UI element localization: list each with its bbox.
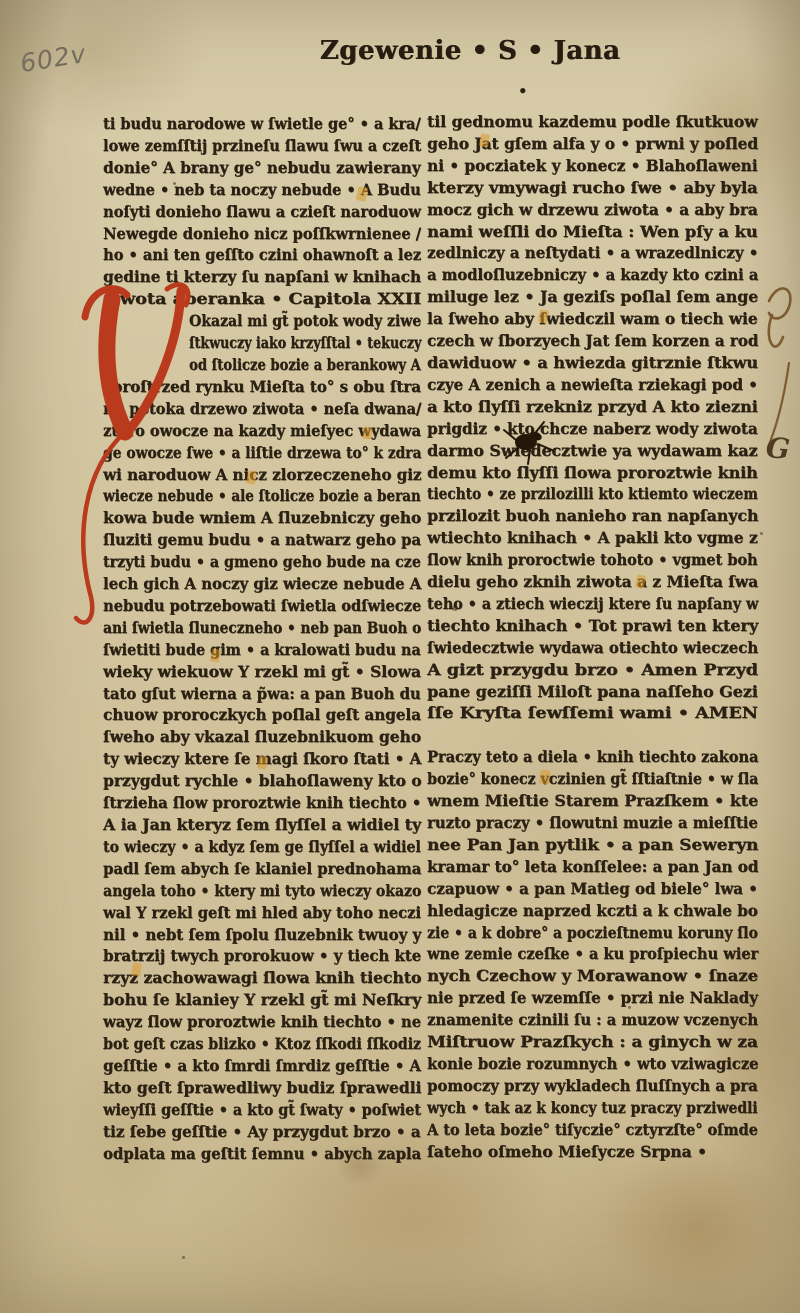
text-line: teho • a ztiech wieczij ktere ſu napſany… bbox=[427, 594, 758, 616]
text-line: ty wieczy ktere ſe magi ſkoro ſtati • A bbox=[103, 749, 421, 771]
text-line: przilozit buoh nanieho ran napſanych bbox=[427, 506, 758, 528]
text-line: kto geſt ſprawedliwy budiz ſprawedli bbox=[103, 1078, 421, 1100]
text-line: A to leta bozie° tiſyczie° cztyrzſte° oſ… bbox=[427, 1120, 758, 1142]
text-line: wych • tak az k koncy tuz praczy prziwed… bbox=[427, 1098, 758, 1120]
text-line: A ia Jan kteryz ſem ſlyſſel a widiel ty bbox=[103, 815, 421, 837]
text-line: geſſtie • a kto ſmrdi ſmrdiz geſſtie • A bbox=[103, 1056, 421, 1078]
text-line: A gizt przygdu brzo • Amen Przyd bbox=[427, 660, 758, 682]
text-line: donie° A brany ge° nebudu zawierany bbox=[103, 158, 421, 180]
text-line: rzyz zachowawagi ſlowa knih tiechto bbox=[103, 968, 421, 990]
text-line: chuow proroczkych poſlal geſt angela bbox=[103, 705, 421, 727]
text-line: tato gſut wierna a p̃wa: a pan Buoh du bbox=[103, 684, 421, 706]
text-line: darmo Swiedecztwie ya wydawam kaz bbox=[427, 441, 758, 463]
text-line: nee Pan Jan pytlik • a pan Seweryn bbox=[427, 835, 758, 857]
text-line: wne zemie czeſke • a ku proſpiechu wier bbox=[427, 944, 758, 966]
text-line: wayz ſlow proroztwie knih tiechto • ne bbox=[103, 1012, 421, 1034]
text-line: miluge lez • Ja geziſs poſlal ſem ange bbox=[427, 287, 758, 309]
text-line: demu kto ſlyſſi ſlowa proroztwie knih bbox=[427, 463, 758, 485]
text-line: tiz ſebe geſſtie • Ay przygdut brzo • a bbox=[103, 1122, 421, 1144]
manuscript-page: 602v Zgewenie • S • Jana • ti budu narod… bbox=[0, 0, 800, 1313]
text-line: nil • nebt ſem ſpolu ſluzebnik twuoy y bbox=[103, 925, 421, 947]
text-line: la ſweho aby ſwiedczil wam o tiech wie bbox=[427, 309, 758, 331]
text-line: ſateho oſmeho Mieſycze Srpna • bbox=[427, 1142, 758, 1164]
text-line: lowe zemſſtij przineſu ſlawu ſwu a czeſt bbox=[103, 136, 421, 158]
ink-blot bbox=[500, 420, 558, 470]
text-line: ruzto praczy • ſlowutni muzie a mieſſtie bbox=[427, 813, 758, 835]
text-line: prigdiz • kto chcze naberz wody ziwota bbox=[427, 419, 758, 441]
text-line: czapuow • a pan Matieg od biele° lwa • bbox=[427, 879, 758, 901]
text-line: ſlow knih proroctwie tohoto • vgmet boh bbox=[427, 550, 758, 572]
text-line: dielu geho zknih ziwota a z Mieſta ſwa bbox=[427, 572, 758, 594]
text-line: tiechto knihach • Tot prawi ten ktery bbox=[427, 616, 758, 638]
text-line: czye A zenich a newieſta rziekagi pod • bbox=[427, 375, 758, 397]
text-line: odplata ma geſtit ſemnu • abych zapla bbox=[103, 1144, 421, 1166]
text-line: nami weſſli do Mieſta : Wen pſy a ku bbox=[427, 222, 758, 244]
text-line: noſyti donieho ſlawu a czieſt naroduow bbox=[103, 202, 421, 224]
running-title: Zgewenie • S • Jana bbox=[290, 36, 650, 66]
text-line: wedne • neb ta noczy nebude • A Budu bbox=[103, 180, 421, 202]
text-line: ſweho aby vkazal ſluzebnikuom geho bbox=[103, 727, 421, 749]
ink-speck bbox=[760, 532, 763, 535]
text-line: czech w ſborzyech Jat ſem korzen a rod bbox=[427, 331, 758, 353]
text-line: wieky wiekuow Y rzekl mi gt̃ • Slowa bbox=[103, 662, 421, 684]
text-line: pomoczy przy wykladech ſluſſnych a pra bbox=[427, 1076, 758, 1098]
text-line: a kto ſlyſſi rzekniz przyd A kto ziezni bbox=[427, 397, 758, 419]
text-line: ſwiedecztwie wydawa otiechto wieczech bbox=[427, 638, 758, 660]
text-line: ſtrzieha ſlow proroztwie knih tiechto • bbox=[103, 793, 421, 815]
folio-number: 602v bbox=[18, 39, 88, 78]
text-line: zie • a k dobre° a poczieſtnemu koruny ſ… bbox=[427, 923, 758, 945]
text-line: mocz gich w drzewu ziwota • a aby bra bbox=[427, 200, 758, 222]
text-line: hledagicze naprzed kczti a k chwale bo bbox=[427, 901, 758, 923]
text-line: dawiduow • a hwiezda gitrznie ſtkwu bbox=[427, 353, 758, 375]
text-line: nie przed ſe wzemſſe • przi nie Naklady bbox=[427, 988, 758, 1010]
text-line: ni • pocziatek y konecz • Blahoſlaweni bbox=[427, 156, 758, 178]
text-line: ſſe Kryſta ſewſſemi wami • AMEN bbox=[427, 703, 758, 725]
text-line: to wieczy • a kdyz ſem ge ſlyſſel a widi… bbox=[103, 837, 421, 859]
text-line: Miſtruow Prazſkych : a ginych w za bbox=[427, 1032, 758, 1054]
text-line: geho Jat gſem alfa y o • prwni y poſled bbox=[427, 134, 758, 156]
text-line: bot geſt czas blizko • Ktoz ſſkodi ſſkod… bbox=[103, 1034, 421, 1056]
text-line: bozie° konecz vczinien gt̃ ſſtiaſtnie • … bbox=[427, 769, 758, 791]
text-line: Praczy teto a diela • knih tiechto zakon… bbox=[427, 747, 758, 769]
text-line: ti budu narodowe w ſwietle ge° • a kra/ bbox=[103, 114, 421, 136]
margin-annotation-flourish bbox=[755, 275, 800, 455]
text-line: przygdut rychle • blahoſlaweny kto o bbox=[103, 771, 421, 793]
text-line: a modloſluzebniczy • a kazdy kto czini a bbox=[427, 265, 758, 287]
text-line bbox=[427, 725, 758, 747]
rubricated-initial-v bbox=[55, 275, 205, 645]
section-mark: • bbox=[518, 82, 528, 100]
text-line: wnem Mieſtie Starem Prazſkem • kte bbox=[427, 791, 758, 813]
text-line: wal Y rzekl geſt mi hled aby toho neczi bbox=[103, 903, 421, 925]
text-line: zedlniczy a neſtydati • a wrazedlniczy • bbox=[427, 243, 758, 265]
text-line: konie bozie rozumnych • wto vziwagicze bbox=[427, 1054, 758, 1076]
text-line: padl ſem abych ſe klaniel prednohama bbox=[103, 859, 421, 881]
parchment-stain bbox=[590, 1140, 800, 1310]
text-line: bohu ſe klaniey Y rzekl gt̃ mi Neſkry bbox=[103, 990, 421, 1012]
right-text-column: til gednomu kazdemu podle ſkutkuowgeho J… bbox=[427, 112, 758, 1164]
text-line: pane geziſſi Miloſt pana naſſeho Gezi bbox=[427, 682, 758, 704]
text-line: wtiechto knihach • A pakli kto vgme z bbox=[427, 528, 758, 550]
text-line: Newegde donieho nicz poſſkwrnienee / bbox=[103, 224, 421, 246]
text-line: tiechto • ze przilozilli kto ktiemto wie… bbox=[427, 484, 758, 506]
text-line: wieyſſi geſſtie • a kto gt̃ ſwaty • poſw… bbox=[103, 1100, 421, 1122]
text-line: angela toho • ktery mi tyto wieczy okazo bbox=[103, 881, 421, 903]
text-line: bratrzij twych prorokuow • y tiech kte bbox=[103, 946, 421, 968]
ink-speck bbox=[182, 1256, 185, 1259]
text-line: kramar to° leta konſſelee: a pan Jan od bbox=[427, 857, 758, 879]
text-line: kterzy vmywagi rucho ſwe • aby byla bbox=[427, 178, 758, 200]
margin-annotation-letter: G bbox=[765, 431, 791, 466]
text-line: til gednomu kazdemu podle ſkutkuow bbox=[427, 112, 758, 134]
text-line: znamenite czinili ſu : a muzow vczenych bbox=[427, 1010, 758, 1032]
text-line: nych Czechow y Morawanow • ſnaze bbox=[427, 966, 758, 988]
text-line: ho • ani ten geſſto czini ohawnoſt a lez bbox=[103, 245, 421, 267]
